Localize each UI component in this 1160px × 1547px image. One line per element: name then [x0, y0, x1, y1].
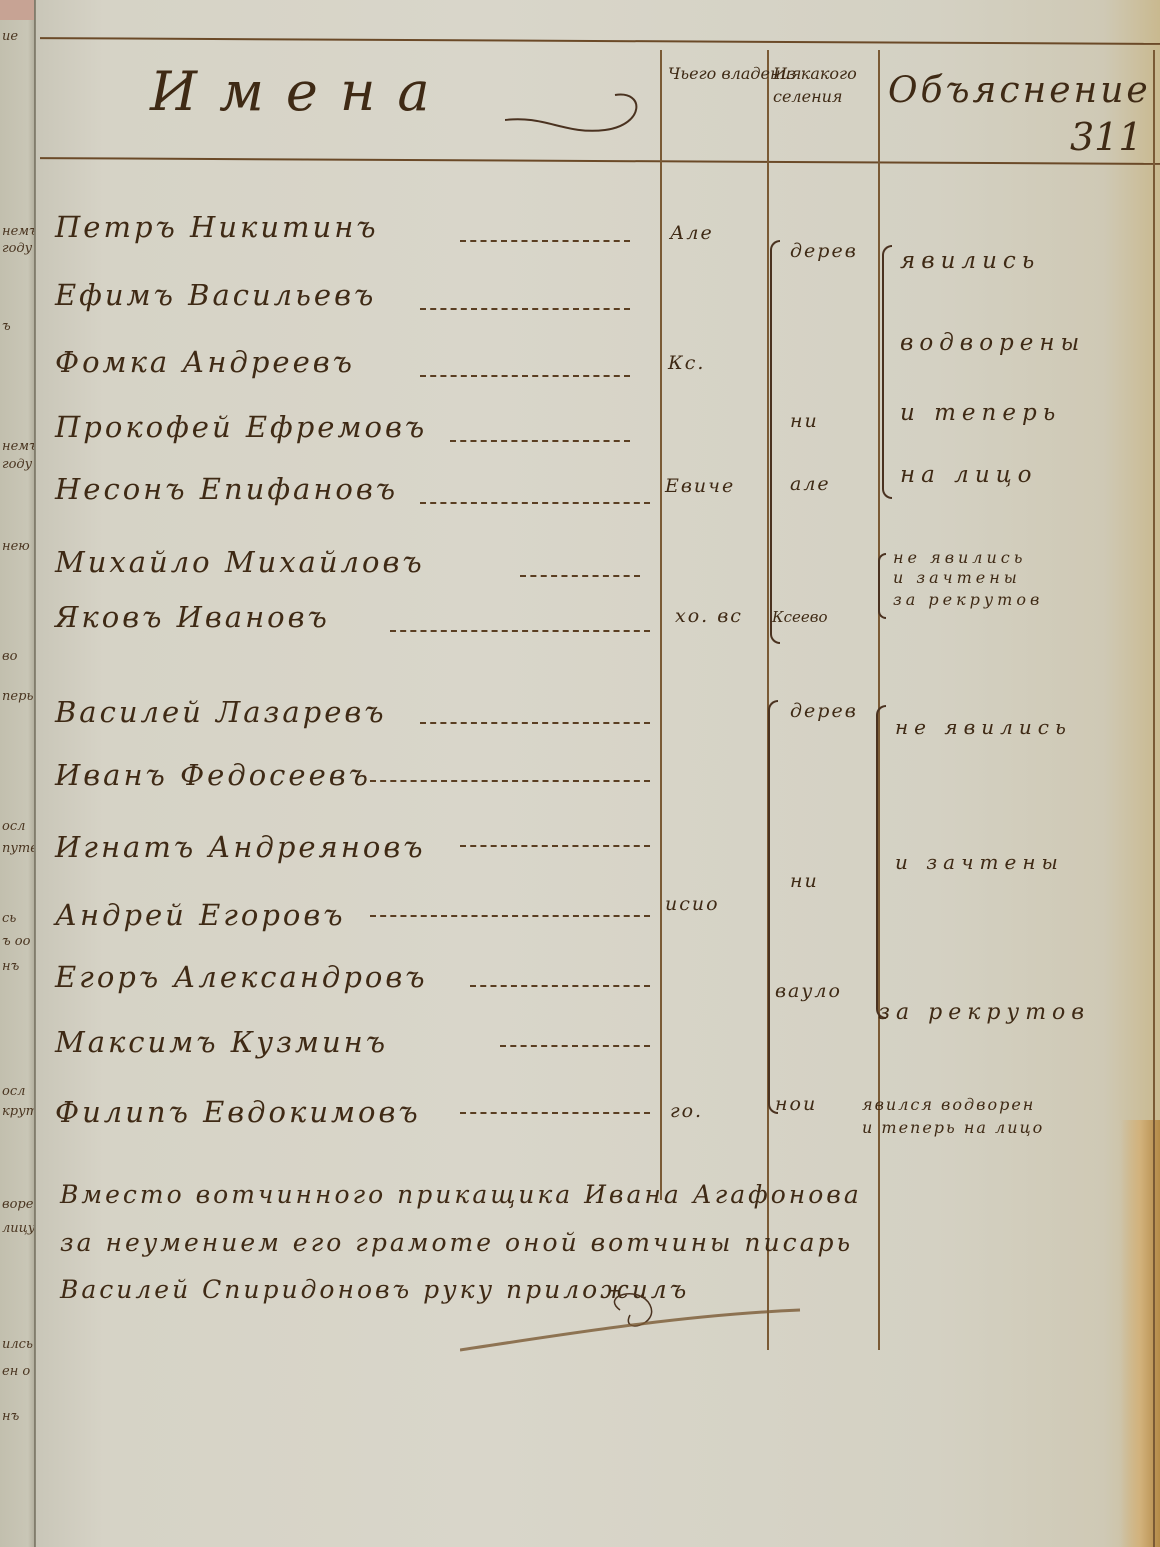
explanation-line: явился водворен [862, 1095, 1035, 1114]
margin-fragment: ен о [2, 1365, 30, 1379]
margin-fragment: году [2, 458, 32, 472]
explanation-line: и теперь на лицо [862, 1118, 1044, 1137]
name-entry: Василей Лазаревъ [55, 695, 387, 729]
margin-fragment: путв [2, 842, 38, 856]
explanation-line: явились [900, 248, 1040, 274]
column-rule-settlement [767, 50, 769, 1350]
attestation-line: Вместо вотчинного прикащика Ивана Агафон… [60, 1180, 862, 1209]
margin-fragment: перь [2, 690, 33, 704]
explanation-line: не явились [893, 548, 1026, 567]
name-entry: Михайло Михайловъ [55, 545, 425, 579]
attestation-line: за неумением его грамоте оной вотчины пи… [60, 1228, 853, 1257]
owner-entry: исио [665, 893, 720, 915]
name-entry: Яковъ Ивановъ [55, 600, 330, 634]
settlement-entry: дерев [790, 700, 858, 722]
margin-fragment: ие [2, 30, 18, 44]
dash-filler [420, 308, 630, 312]
explanation-line: и зачтены [895, 850, 1064, 874]
name-entry: Максимъ Кузминъ [55, 1025, 388, 1059]
explanation-line: за рекрутов [878, 1000, 1090, 1025]
explanation-line: и теперь [900, 400, 1061, 426]
column-rule-owner [660, 50, 662, 1200]
dash-filler [500, 1045, 650, 1049]
dash-filler [460, 1112, 650, 1116]
explanation-brace [876, 705, 886, 1019]
dash-filler [460, 845, 650, 849]
margin-fragment: осл [2, 1085, 25, 1099]
margin-fragment: крут [2, 1105, 38, 1119]
explanation-line: на лицо [900, 462, 1038, 488]
margin-fragment: нею [2, 540, 30, 554]
margin-fragment: сь [2, 912, 16, 926]
dash-filler [470, 985, 650, 989]
margin-fragment: лицу [2, 1222, 35, 1236]
margin-fragment: нъ [2, 1410, 19, 1424]
name-entry: Ефимъ Васильевъ [55, 278, 376, 312]
margin-fragment: году [2, 242, 32, 256]
name-entry: Игнатъ Андреяновъ [55, 830, 426, 864]
name-entry: Андрей Егоровъ [55, 898, 346, 932]
name-entry: Петръ Никитинъ [55, 210, 379, 244]
dash-filler [520, 575, 640, 579]
dash-filler [370, 780, 650, 784]
margin-fragment: осл [2, 820, 25, 834]
owner-entry: Кс. [668, 352, 705, 374]
settlement-entry: вауло [775, 980, 842, 1002]
margin-fragment: немъ [2, 225, 38, 239]
dash-filler [450, 440, 630, 444]
dash-filler [420, 502, 650, 506]
explanation-line: водворены [900, 330, 1085, 356]
dash-filler [390, 630, 650, 634]
dash-filler [370, 915, 650, 919]
owner-entry: хо. вс [675, 605, 743, 627]
dash-filler [420, 375, 630, 379]
explanation-brace [882, 245, 892, 499]
owner-entry: Евиче [665, 475, 735, 497]
name-entry: Филипъ Евдокимовъ [55, 1095, 421, 1129]
margin-fragment: во [2, 650, 17, 664]
explanation-line: за рекрутов [893, 590, 1043, 609]
margin-fragment: ъ оо [2, 935, 30, 949]
settlement-entry: нои [775, 1093, 817, 1115]
settlement-brace [768, 700, 778, 1114]
name-entry: Прокофей Ефремовъ [55, 410, 427, 444]
dash-filler [460, 240, 630, 244]
name-entry: Несонъ Епифановъ [55, 472, 398, 506]
explanation-line: и зачтены [893, 568, 1021, 587]
margin-fragment: ъ [2, 320, 11, 334]
names-column-header: Имена [150, 60, 452, 123]
dash-filler [420, 722, 650, 726]
margin-fragment: нъ [2, 960, 19, 974]
settlement-entry: ни [790, 870, 819, 892]
owner-entry: го. [670, 1100, 703, 1122]
column-rule-explanation [878, 50, 880, 1350]
settlement-entry: але [790, 473, 831, 495]
settlement-entry: дерев [790, 240, 858, 262]
name-entry: Иванъ Федосеевъ [55, 758, 371, 792]
settlement-brace [770, 240, 780, 644]
margin-fragment: немъ [2, 440, 38, 454]
title-flourish-icon [505, 85, 655, 145]
settlement-entry: ни [790, 410, 819, 432]
explanation-column-header: Объяснение [888, 70, 1151, 111]
name-entry: Егоръ Александровъ [55, 960, 428, 994]
page-number: 311 [1070, 115, 1143, 159]
settlement-entry: Ксеево [772, 608, 828, 626]
explanation-line: не явились [895, 715, 1072, 739]
settlement-column-header: Из какого селения [773, 62, 873, 108]
column-rule-right [1153, 50, 1155, 1547]
name-entry: Фомка Андреевъ [55, 345, 355, 379]
signature-flourish-icon [460, 1280, 820, 1360]
owner-entry: Але [670, 222, 714, 244]
explanation-brace [878, 553, 886, 619]
margin-fragment: илсь [2, 1338, 33, 1352]
owner-column-header: Чьего владения [668, 62, 763, 85]
